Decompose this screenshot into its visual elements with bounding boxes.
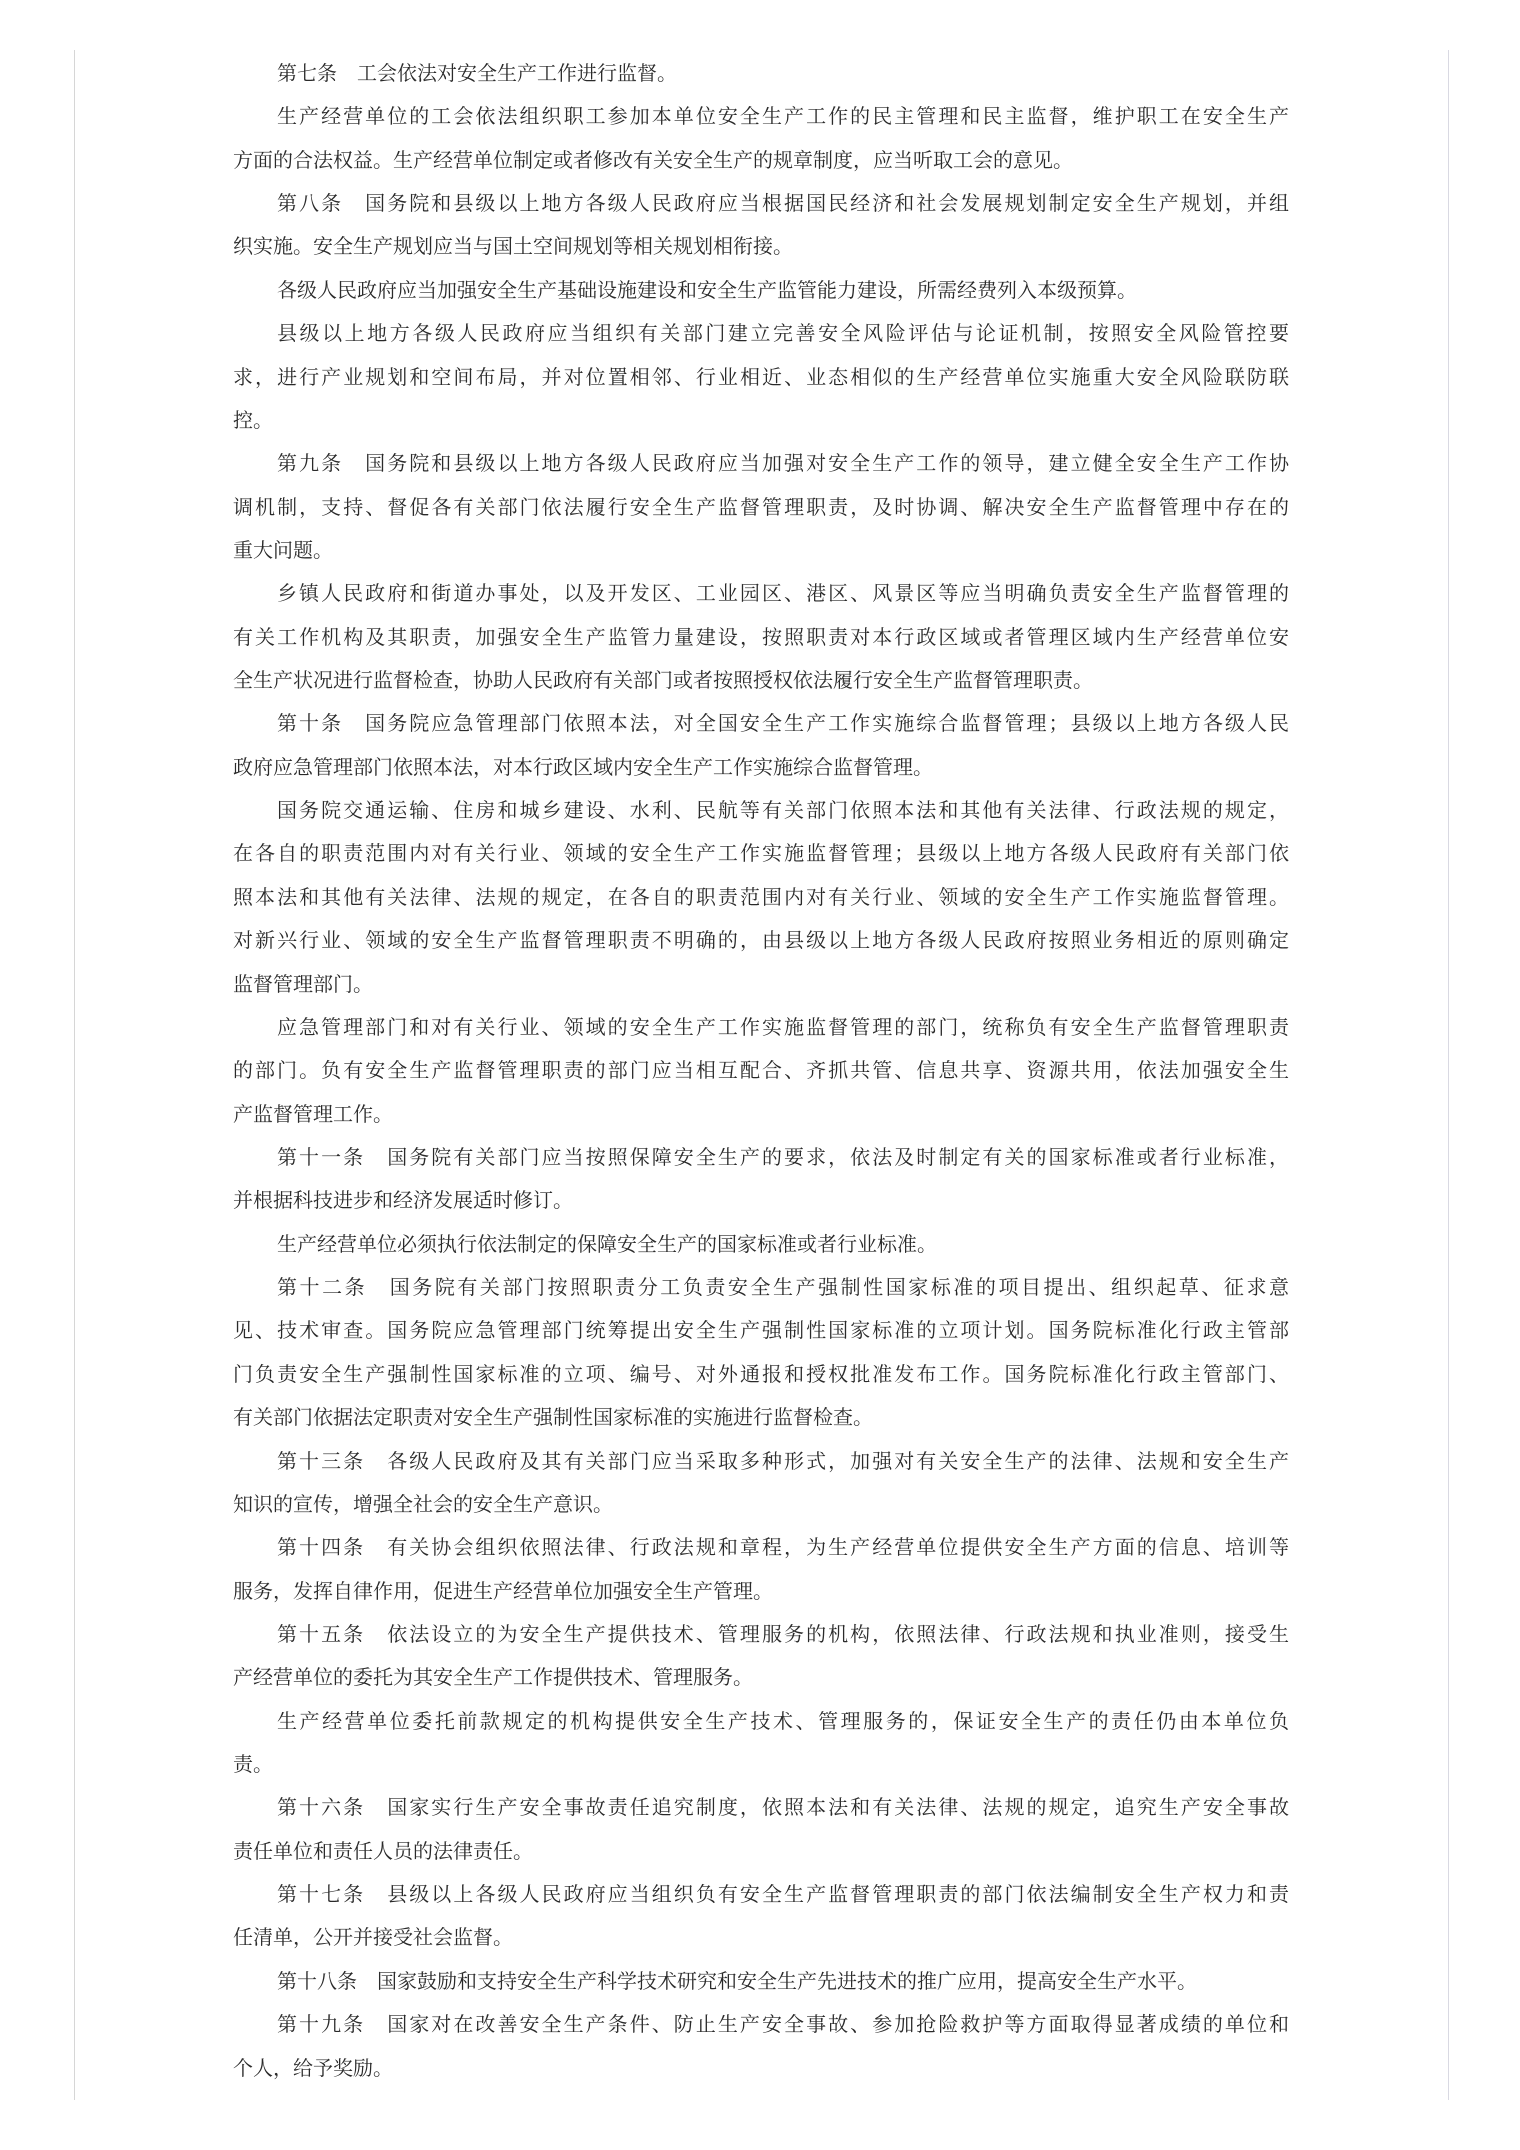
document-page: 第七条 工会依法对安全生产工作进行监督。生产经营单位的工会依法组织职工参加本单位…: [0, 0, 1520, 2150]
text-line: 第十四条 有关协会组织依照法律、行政法规和章程，为生产经营单位提供安全生产方面的…: [233, 1526, 1289, 1569]
text-line: 国务院交通运输、住房和城乡建设、水利、民航等有关部门依照本法和其他有关法律、行政…: [233, 789, 1289, 832]
text-line: 生产经营单位必须执行依法制定的保障安全生产的国家标准或者行业标准。: [233, 1223, 1289, 1266]
text-line: 各级人民政府应当加强安全生产基础设施建设和安全生产监管能力建设，所需经费列入本级…: [233, 269, 1289, 312]
text-line: 第十五条 依法设立的为安全生产提供技术、管理服务的机构，依照法律、行政法规和执业…: [233, 1613, 1289, 1656]
text-line: 责任单位和责任人员的法律责任。: [233, 1830, 1289, 1873]
text-line: 并根据科技进步和经济发展适时修订。: [233, 1179, 1289, 1222]
text-line: 照本法和其他有关法律、法规的规定，在各自的职责范围内对有关行业、领域的安全生产工…: [233, 876, 1289, 919]
text-line: 调机制，支持、督促各有关部门依法履行安全生产监督管理职责，及时协调、解决安全生产…: [233, 486, 1289, 529]
text-line: 见、技术审查。国务院应急管理部门统筹提出安全生产强制性国家标准的立项计划。国务院…: [233, 1309, 1289, 1352]
text-line: 生产经营单位的工会依法组织职工参加本单位安全生产工作的民主管理和民主监督，维护职…: [233, 95, 1289, 138]
text-line: 的部门。负有安全生产监督管理职责的部门应当相互配合、齐抓共管、信息共享、资源共用…: [233, 1049, 1289, 1092]
text-line: 第十八条 国家鼓励和支持安全生产科学技术研究和安全生产先进技术的推广应用，提高安…: [233, 1960, 1289, 2003]
text-line: 第十三条 各级人民政府及其有关部门应当采取多种形式，加强对有关安全生产的法律、法…: [233, 1440, 1289, 1483]
document-body: 第七条 工会依法对安全生产工作进行监督。生产经营单位的工会依法组织职工参加本单位…: [233, 52, 1289, 2090]
text-line: 有关部门依据法定职责对安全生产强制性国家标准的实施进行监督检查。: [233, 1396, 1289, 1439]
text-line: 织实施。安全生产规划应当与国土空间规划等相关规划相衔接。: [233, 225, 1289, 268]
text-line: 责。: [233, 1743, 1289, 1786]
text-line: 产监督管理工作。: [233, 1093, 1289, 1136]
page-left-border: [74, 50, 75, 2100]
text-line: 第七条 工会依法对安全生产工作进行监督。: [233, 52, 1289, 95]
text-line: 控。: [233, 399, 1289, 442]
text-line: 重大问题。: [233, 529, 1289, 572]
text-line: 任清单，公开并接受社会监督。: [233, 1916, 1289, 1959]
text-line: 政府应急管理部门依照本法，对本行政区域内安全生产工作实施综合监督管理。: [233, 746, 1289, 789]
text-line: 方面的合法权益。生产经营单位制定或者修改有关安全生产的规章制度，应当听取工会的意…: [233, 139, 1289, 182]
text-line: 第九条 国务院和县级以上地方各级人民政府应当加强对安全生产工作的领导，建立健全安…: [233, 442, 1289, 485]
text-line: 产经营单位的委托为其安全生产工作提供技术、管理服务。: [233, 1656, 1289, 1699]
text-line: 对新兴行业、领域的安全生产监督管理职责不明确的，由县级以上地方各级人民政府按照业…: [233, 919, 1289, 962]
text-line: 乡镇人民政府和街道办事处，以及开发区、工业园区、港区、风景区等应当明确负责安全生…: [233, 572, 1289, 615]
text-line: 第十九条 国家对在改善安全生产条件、防止生产安全事故、参加抢险救护等方面取得显著…: [233, 2003, 1289, 2046]
text-line: 第十七条 县级以上各级人民政府应当组织负有安全生产监督管理职责的部门依法编制安全…: [233, 1873, 1289, 1916]
text-line: 求，进行产业规划和空间布局，并对位置相邻、行业相近、业态相似的生产经营单位实施重…: [233, 356, 1289, 399]
text-line: 应急管理部门和对有关行业、领域的安全生产工作实施监督管理的部门，统称负有安全生产…: [233, 1006, 1289, 1049]
text-line: 服务，发挥自律作用，促进生产经营单位加强安全生产管理。: [233, 1570, 1289, 1613]
text-line: 第十条 国务院应急管理部门依照本法，对全国安全生产工作实施综合监督管理；县级以上…: [233, 702, 1289, 745]
text-line: 第八条 国务院和县级以上地方各级人民政府应当根据国民经济和社会发展规划制定安全生…: [233, 182, 1289, 225]
text-line: 全生产状况进行监督检查，协助人民政府有关部门或者按照授权依法履行安全生产监督管理…: [233, 659, 1289, 702]
text-line: 有关工作机构及其职责，加强安全生产监管力量建设，按照职责对本行政区域或者管理区域…: [233, 616, 1289, 659]
text-line: 第十六条 国家实行生产安全事故责任追究制度，依照本法和有关法律、法规的规定，追究…: [233, 1786, 1289, 1829]
page-right-border: [1448, 50, 1449, 2100]
text-line: 个人，给予奖励。: [233, 2047, 1289, 2090]
text-line: 县级以上地方各级人民政府应当组织有关部门建立完善安全风险评估与论证机制，按照安全…: [233, 312, 1289, 355]
text-line: 在各自的职责范围内对有关行业、领域的安全生产工作实施监督管理；县级以上地方各级人…: [233, 832, 1289, 875]
text-line: 生产经营单位委托前款规定的机构提供安全生产技术、管理服务的，保证安全生产的责任仍…: [233, 1700, 1289, 1743]
text-line: 监督管理部门。: [233, 963, 1289, 1006]
text-line: 第十二条 国务院有关部门按照职责分工负责安全生产强制性国家标准的项目提出、组织起…: [233, 1266, 1289, 1309]
text-line: 门负责安全生产强制性国家标准的立项、编号、对外通报和授权批准发布工作。国务院标准…: [233, 1353, 1289, 1396]
text-line: 第十一条 国务院有关部门应当按照保障安全生产的要求，依法及时制定有关的国家标准或…: [233, 1136, 1289, 1179]
text-line: 知识的宣传，增强全社会的安全生产意识。: [233, 1483, 1289, 1526]
